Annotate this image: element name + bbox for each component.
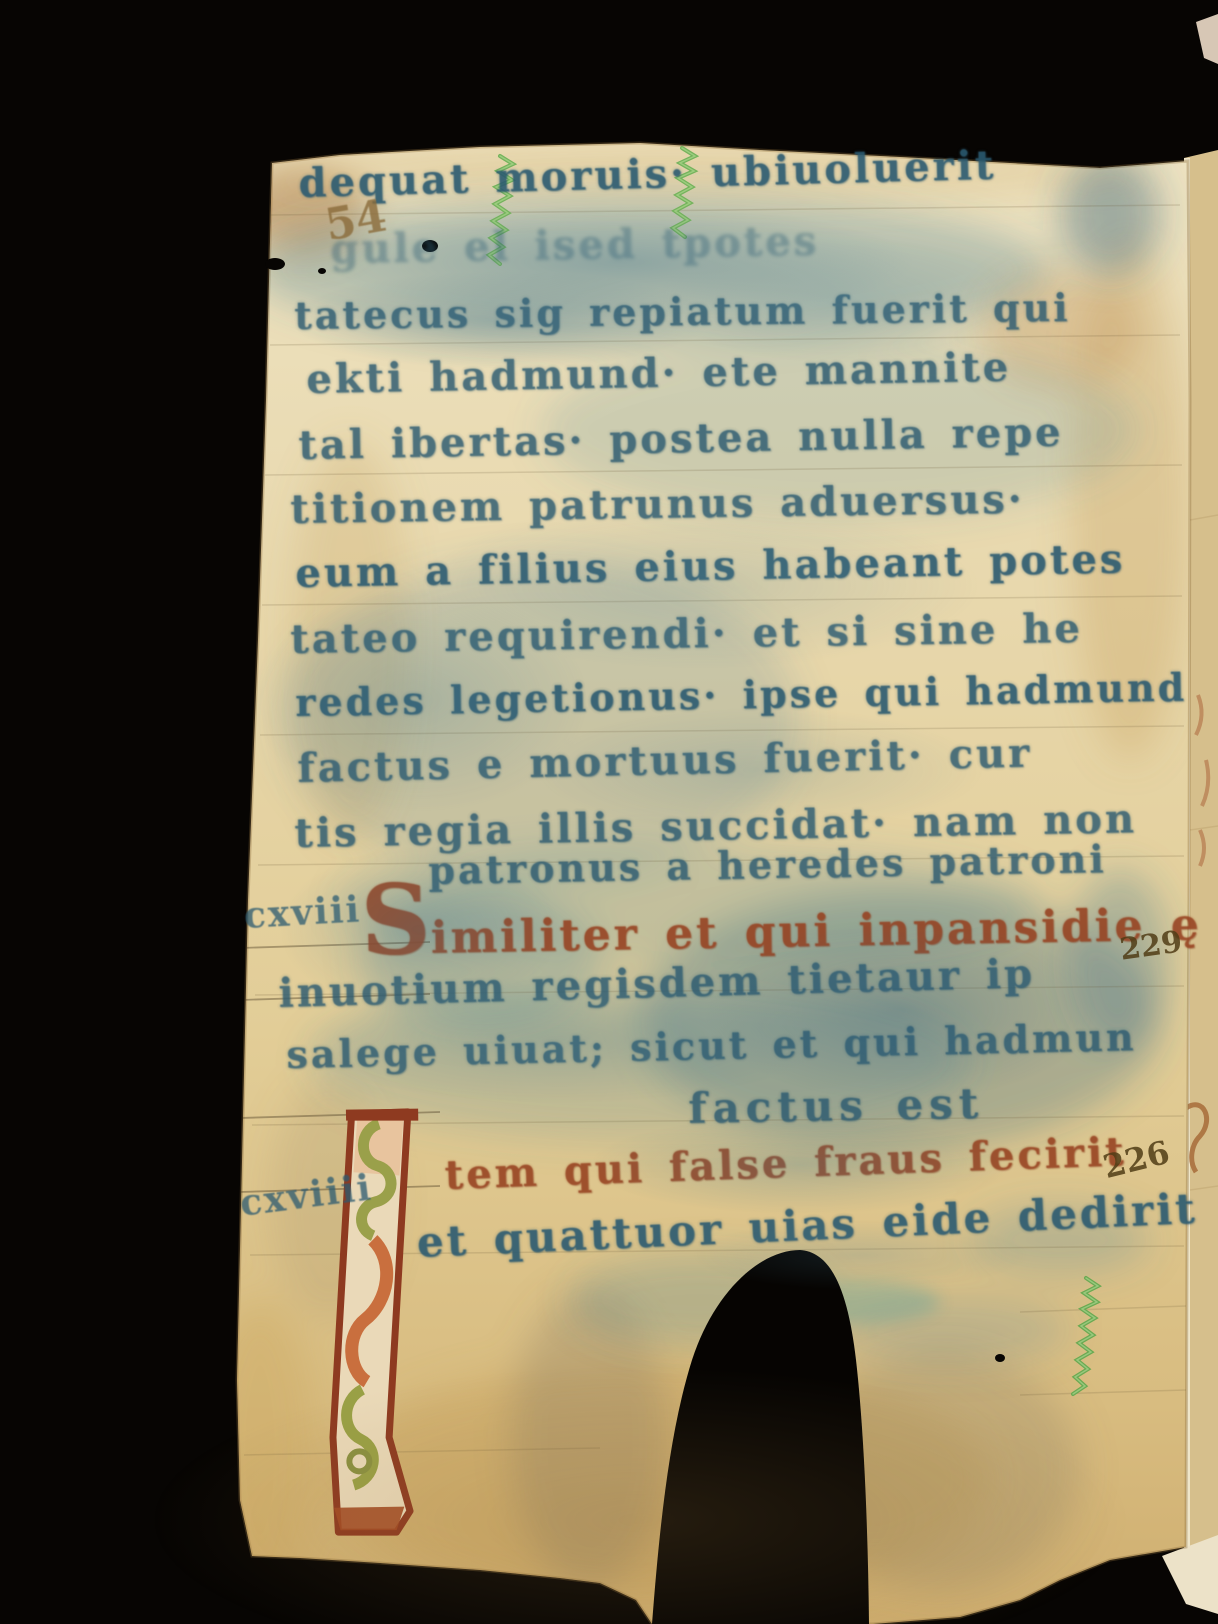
text-line: et quattuor uias eide dedirit: [416, 1188, 1198, 1264]
text-line: factus e mortuus fuerit· cur: [297, 734, 1033, 789]
text-line: redes legetionus· ipse qui hadmund: [295, 668, 1187, 722]
text-line: salege uiuat; sicut et qui hadmun: [286, 1018, 1137, 1074]
chapter-numeral-cxviii: cxviii: [243, 892, 362, 934]
text-line: ekti hadmund· ete mannite: [306, 348, 1011, 400]
rubric-line: Similiter et qui inpansidie ę: [360, 869, 1202, 962]
text-line: dequat moruis· ubiuoluerit: [298, 146, 997, 204]
text-layer: dequat moruis· ubiuoluerit gule el ised …: [0, 0, 1218, 1624]
manuscript-photo: dequat moruis· ubiuoluerit gule el ised …: [0, 0, 1218, 1624]
text-line: eum a filius eius habeant potes: [295, 540, 1126, 594]
text-line: titionem patrunus aduersus·: [290, 480, 1025, 530]
chapter-numeral-cxviiii: cxviiii: [238, 1170, 374, 1222]
folio-number: 54: [322, 194, 390, 248]
rubric-line: tem qui false fraus fecirit: [444, 1132, 1127, 1196]
text-line: gule el ised tpotes: [330, 221, 819, 270]
text-line: factus est: [688, 1083, 985, 1130]
margin-number-229: 229: [1118, 927, 1184, 965]
text-line: tateo requirendi· et si sine he: [290, 609, 1083, 660]
text-line: tatecus sig repiatum fuerit qui: [294, 289, 1071, 335]
text-line: tal ibertas· postea nulla repe: [298, 413, 1064, 466]
